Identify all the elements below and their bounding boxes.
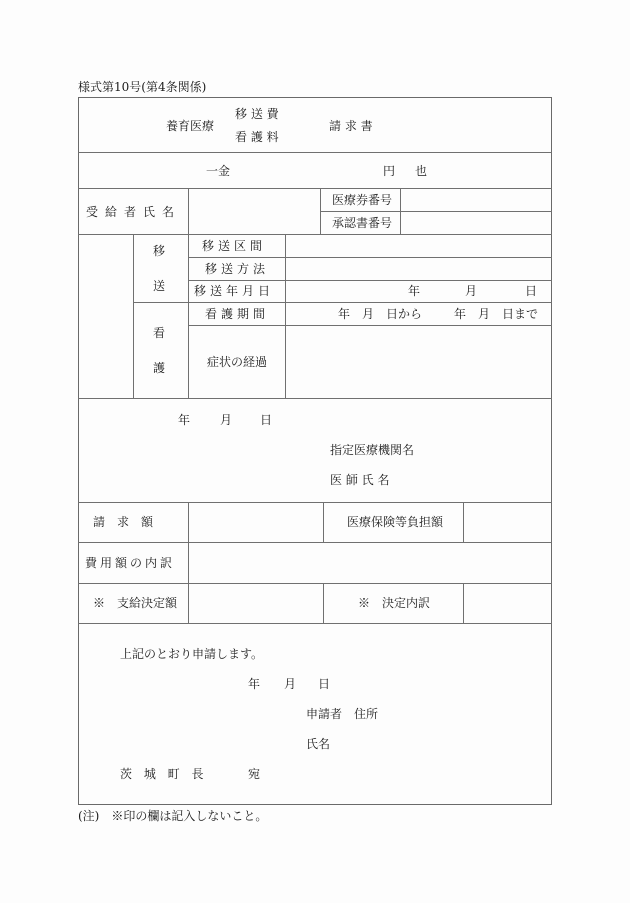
honorific: 宛 bbox=[248, 768, 260, 780]
title-prefix: 養育医療 bbox=[166, 120, 214, 132]
application-month: 月 bbox=[284, 678, 296, 690]
divider bbox=[320, 188, 321, 234]
doctor-label: 医 師 氏 名 bbox=[330, 474, 389, 486]
applicant-address-label: 申請者 住所 bbox=[306, 708, 378, 720]
approval-number-field[interactable] bbox=[401, 212, 551, 233]
transport-group-label-2: 送 bbox=[153, 280, 165, 292]
institution-label: 指定医療機関名 bbox=[330, 444, 414, 456]
divider bbox=[188, 234, 189, 398]
decided-amount-label: ※ 支給決定額 bbox=[93, 597, 177, 609]
footnote: (注) ※印の欄は記入しないこと。 bbox=[78, 810, 267, 822]
divider bbox=[133, 302, 552, 303]
cert-day: 日 bbox=[260, 414, 272, 426]
divider bbox=[188, 280, 552, 281]
title-suffix: 請 求 書 bbox=[329, 120, 373, 132]
divider bbox=[133, 234, 134, 398]
transport-method-field[interactable] bbox=[286, 258, 551, 279]
transport-date-label: 移送年月日 bbox=[194, 285, 274, 297]
divider bbox=[323, 502, 324, 542]
addressee: 茨 城 町 長 bbox=[120, 768, 207, 780]
divider bbox=[78, 583, 552, 584]
nursing-group-label-1: 看 bbox=[153, 327, 165, 339]
nursing-period-label: 看護期間 bbox=[205, 308, 269, 320]
medical-ticket-field[interactable] bbox=[401, 189, 551, 210]
form-number: 様式第10号(第4条関係) bbox=[78, 81, 206, 93]
amount-prefix: 一金 bbox=[206, 165, 230, 177]
divider bbox=[78, 398, 552, 399]
cost-breakdown-field[interactable] bbox=[189, 543, 551, 582]
applicant-name-label: 氏名 bbox=[306, 738, 330, 750]
transport-date-month: 月 bbox=[465, 285, 477, 297]
application-year: 年 bbox=[248, 678, 260, 690]
transport-group-label-1: 移 bbox=[153, 245, 165, 257]
title-item-transport: 移 送 費 bbox=[235, 108, 279, 120]
claim-amount-label: 請 求 額 bbox=[93, 516, 153, 528]
transport-date-day: 日 bbox=[525, 285, 537, 297]
amount-input[interactable] bbox=[228, 160, 368, 180]
divider bbox=[78, 152, 552, 153]
cert-month: 月 bbox=[220, 414, 232, 426]
transport-section-label: 移送区間 bbox=[202, 240, 266, 252]
insurance-burden-field[interactable] bbox=[464, 503, 551, 541]
approval-number-label: 承認書番号 bbox=[332, 217, 392, 229]
transport-date-year: 年 bbox=[408, 285, 420, 297]
amount-nari: 也 bbox=[415, 165, 427, 177]
cost-breakdown-label: 費用額の内訳 bbox=[85, 557, 175, 569]
recipient-name-label: 受給者氏名 bbox=[86, 206, 181, 218]
transport-method-label: 移送方法 bbox=[205, 263, 269, 275]
claim-amount-field[interactable] bbox=[189, 503, 322, 541]
symptoms-field[interactable] bbox=[286, 326, 551, 397]
nursing-period-to: 年 月 日まで bbox=[454, 308, 538, 320]
divider bbox=[463, 583, 464, 623]
title-item-nursing: 看 護 料 bbox=[235, 131, 279, 143]
cert-year: 年 bbox=[178, 414, 190, 426]
transport-section-field[interactable] bbox=[286, 235, 551, 256]
application-day: 日 bbox=[318, 678, 330, 690]
nursing-group-label-2: 護 bbox=[153, 362, 165, 374]
divider bbox=[323, 583, 324, 623]
divider bbox=[78, 623, 552, 624]
decided-breakdown-label: ※ 決定内訳 bbox=[358, 597, 430, 609]
insurance-burden-label: 医療保険等負担額 bbox=[347, 516, 443, 528]
amount-yen: 円 bbox=[383, 165, 395, 177]
symptoms-label: 症状の経過 bbox=[207, 356, 267, 368]
nursing-period-from: 年 月 日から bbox=[338, 308, 422, 320]
recipient-name-field[interactable] bbox=[189, 189, 319, 233]
medical-ticket-label: 医療券番号 bbox=[332, 194, 392, 206]
application-statement: 上記のとおり申請します。 bbox=[120, 648, 263, 660]
